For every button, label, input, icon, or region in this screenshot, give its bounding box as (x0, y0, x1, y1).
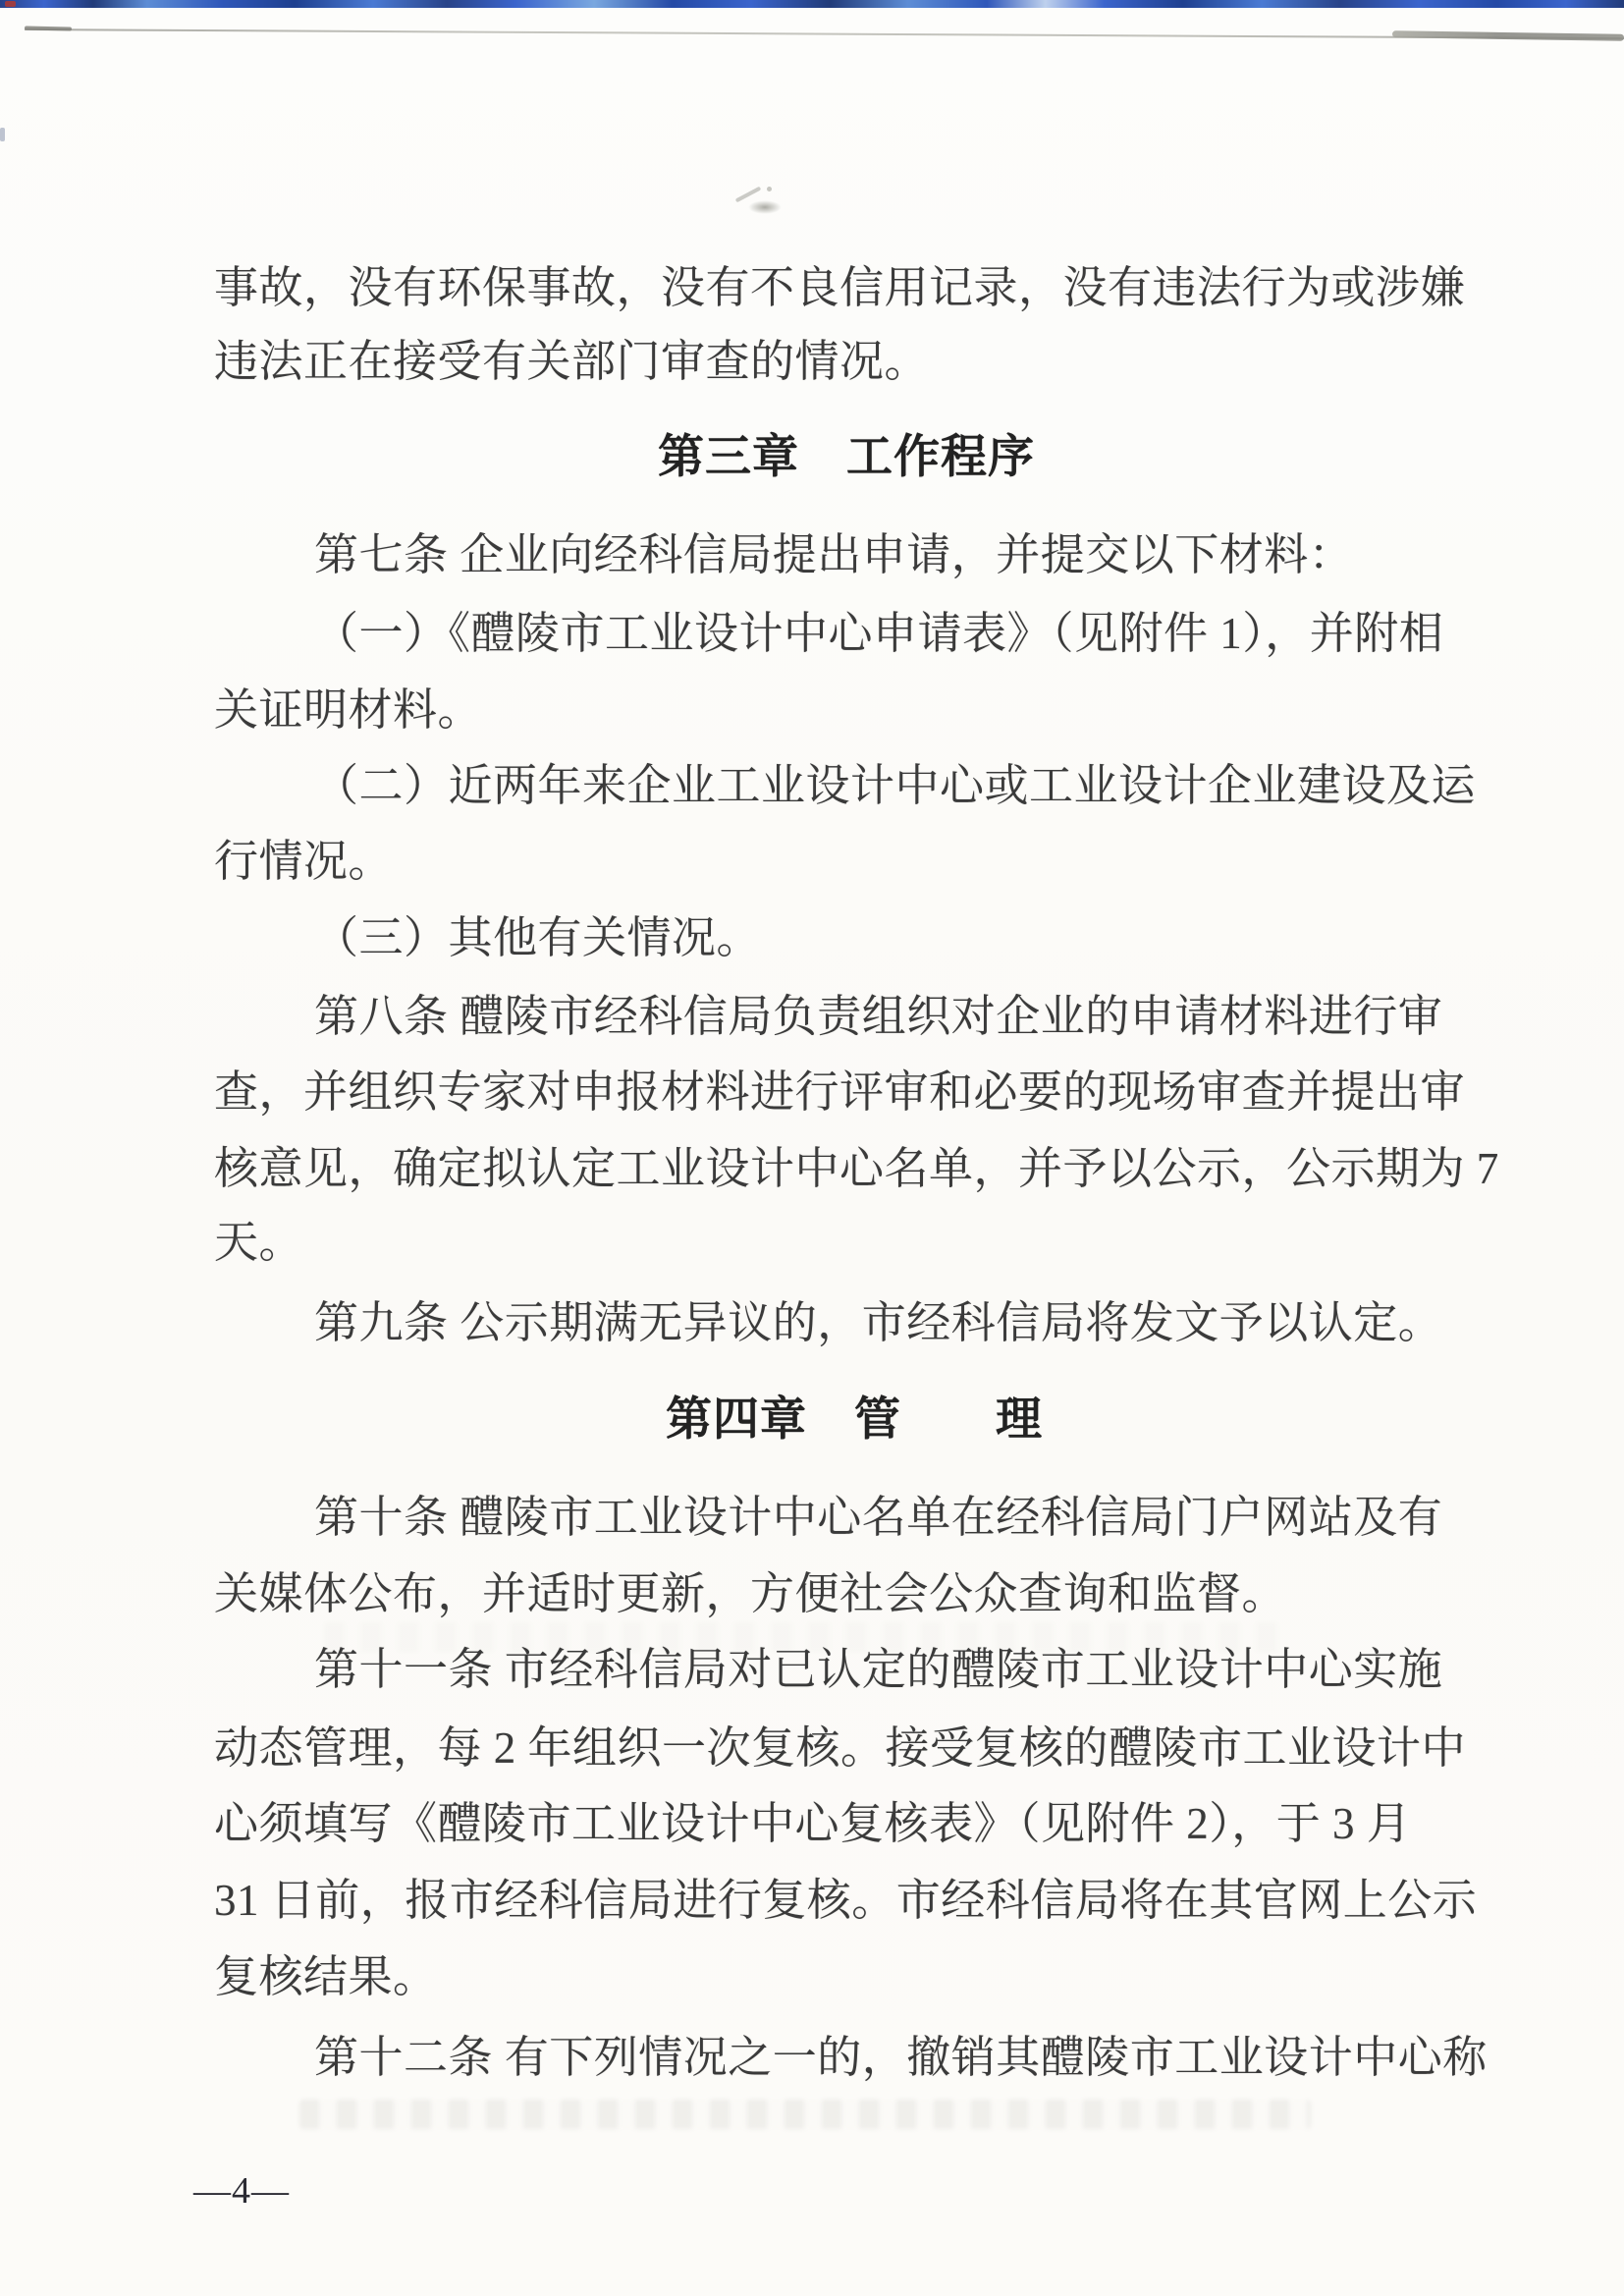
page-number: —4— (193, 2166, 290, 2215)
scan-artifact-smudge (767, 187, 772, 191)
scan-artifact-red-speck (5, 1, 16, 7)
doc-line: 核意见，确定拟认定工业设计中心名单，并予以公示，公示期为 7 (214, 1139, 1499, 1198)
chapter-heading-3: 第三章 工作程序 (658, 425, 1035, 488)
doc-line: 关媒体公布，并适时更新，方便社会公众查询和监督。 (214, 1564, 1286, 1623)
doc-line: 复核结果。 (214, 1947, 438, 2006)
scan-artifact-crease-line (25, 28, 1624, 39)
doc-line: 31 日前，报市经科信局进行复核。市经科信局将在其官网上公示 (214, 1871, 1477, 1930)
doc-line: 关证明材料。 (214, 681, 482, 739)
scanned-document-page: 事故，没有环保事故，没有不良信用记录，没有违法行为或涉嫌 违法正在接受有关部门审… (0, 0, 1624, 2296)
doc-line: 第九条 公示期满无异议的，市经科信局将发文予以认定。 (314, 1293, 1442, 1352)
doc-line: 动态管理，每 2 年组织一次复核。接受复核的醴陵市工业设计中 (214, 1719, 1466, 1777)
doc-line: 事故，没有环保事故，没有不良信用记录，没有违法行为或涉嫌 (214, 258, 1465, 317)
doc-line: 查，并组织专家对申报材料进行评审和必要的现场审查并提出审 (214, 1063, 1465, 1121)
doc-line: 第十一条 市经科信局对已认定的醴陵市工业设计中心实施 (314, 1640, 1442, 1699)
doc-line: （一）《醴陵市工业设计中心申请表》（见附件 1），并附相 (314, 604, 1443, 663)
doc-line: 天。 (214, 1213, 303, 1272)
scan-artifact-smudge (748, 200, 782, 214)
doc-line: 违法正在接受有关部门审查的情况。 (214, 332, 929, 391)
doc-line: 第十条 醴陵市工业设计中心名单在经科信局门户网站及有 (314, 1488, 1442, 1547)
doc-line: （三）其他有关情况。 (314, 908, 761, 967)
scan-artifact-crease-blob (1392, 30, 1624, 41)
scan-artifact-ghost-band (299, 2100, 1311, 2129)
doc-line: 行情况。 (214, 832, 393, 891)
doc-line: 第八条 醴陵市经科信局负责组织对企业的申请材料进行审 (314, 987, 1442, 1046)
scan-artifact-top-strip (0, 0, 1624, 8)
chapter-heading-4: 第四章 管 理 (666, 1388, 1043, 1450)
doc-line: 第七条 企业向经科信局提出申请，并提交以下材料： (314, 525, 1353, 584)
doc-line: （二）近两年来企业工业设计中心或工业设计企业建设及运 (314, 756, 1476, 815)
doc-line: 心须填写《醴陵市工业设计中心复核表》（见附件 2），于 3 月 (214, 1794, 1411, 1853)
doc-line: 第十二条 有下列情况之一的，撤销其醴陵市工业设计中心称 (314, 2028, 1488, 2087)
scan-artifact-left-speck (0, 128, 5, 141)
